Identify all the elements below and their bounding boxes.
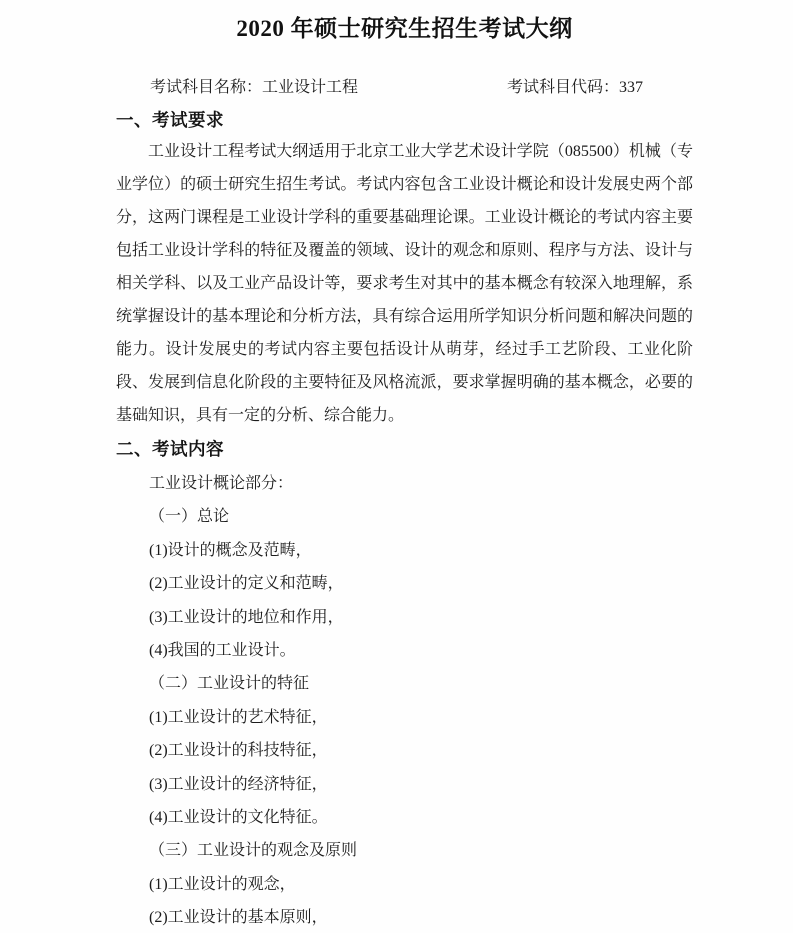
outline-line: （三）工业设计的观念及原则	[116, 834, 693, 867]
paragraph-line: 包括工业设计学科的特征及覆盖的领域、设计的观念和原则、程序与方法、设计与	[116, 234, 693, 267]
outline-line: （二）工业设计的特征	[116, 667, 693, 700]
section-content-heading: 二、考试内容	[116, 437, 693, 462]
outline-line: (1)设计的概念及范畴，	[116, 534, 693, 567]
document-page: 2020 年硕士研究生招生考试大纲 考试科目名称：工业设计工程 考试科目代码：3…	[0, 0, 793, 933]
subject-name-label: 考试科目名称：	[150, 79, 262, 96]
requirements-paragraph: 工业设计工程考试大纲适用于北京工业大学艺术设计学院（085500）机械（专 业学…	[116, 135, 693, 432]
document-title: 2020 年硕士研究生招生考试大纲	[116, 14, 693, 44]
subject-code-label: 考试科目代码：	[507, 79, 619, 96]
outline-line: (1)工业设计的观念，	[116, 868, 693, 901]
outline-line: (2)工业设计的科技特征，	[116, 734, 693, 767]
content-outline-list: 工业设计概论部分： （一）总论 (1)设计的概念及范畴， (2)工业设计的定义和…	[116, 467, 693, 933]
section-requirements-heading: 一、考试要求	[116, 108, 693, 133]
outline-line: (2)工业设计的基本原则，	[116, 901, 693, 933]
outline-line: 工业设计概论部分：	[116, 467, 693, 500]
subject-name: 考试科目名称：工业设计工程	[116, 77, 358, 98]
outline-line: (3)工业设计的经济特征，	[116, 768, 693, 801]
paragraph-line: 业学位）的硕士研究生招生考试。考试内容包含工业设计概论和设计发展史两个部	[116, 168, 693, 201]
subject-name-value: 工业设计工程	[262, 79, 358, 96]
subject-meta-row: 考试科目名称：工业设计工程 考试科目代码：337	[116, 77, 693, 98]
paragraph-line: 相关学科、以及工业产品设计等，要求考生对其中的基本概念有较深入地理解，系	[116, 267, 693, 300]
outline-line: （一）总论	[116, 500, 693, 533]
subject-code-value: 337	[619, 79, 643, 96]
paragraph-line: 分，这两门课程是工业设计学科的重要基础理论课。工业设计概论的考试内容主要	[116, 201, 693, 234]
subject-code: 考试科目代码：337	[507, 77, 643, 98]
outline-line: (4)工业设计的文化特征。	[116, 801, 693, 834]
outline-line: (1)工业设计的艺术特征，	[116, 701, 693, 734]
outline-line: (2)工业设计的定义和范畴，	[116, 567, 693, 600]
paragraph-line: 统掌握设计的基本理论和分析方法，具有综合运用所学知识分析问题和解决问题的	[116, 300, 693, 333]
outline-line: (4)我国的工业设计。	[116, 634, 693, 667]
paragraph-line: 工业设计工程考试大纲适用于北京工业大学艺术设计学院（085500）机械（专	[116, 135, 693, 168]
paragraph-line: 段、发展到信息化阶段的主要特征及风格流派，要求掌握明确的基本概念，必要的	[116, 366, 693, 399]
outline-line: (3)工业设计的地位和作用，	[116, 601, 693, 634]
paragraph-line: 能力。设计发展史的考试内容主要包括设计从萌芽，经过手工艺阶段、工业化阶	[116, 333, 693, 366]
paragraph-line: 基础知识，具有一定的分析、综合能力。	[116, 399, 693, 432]
